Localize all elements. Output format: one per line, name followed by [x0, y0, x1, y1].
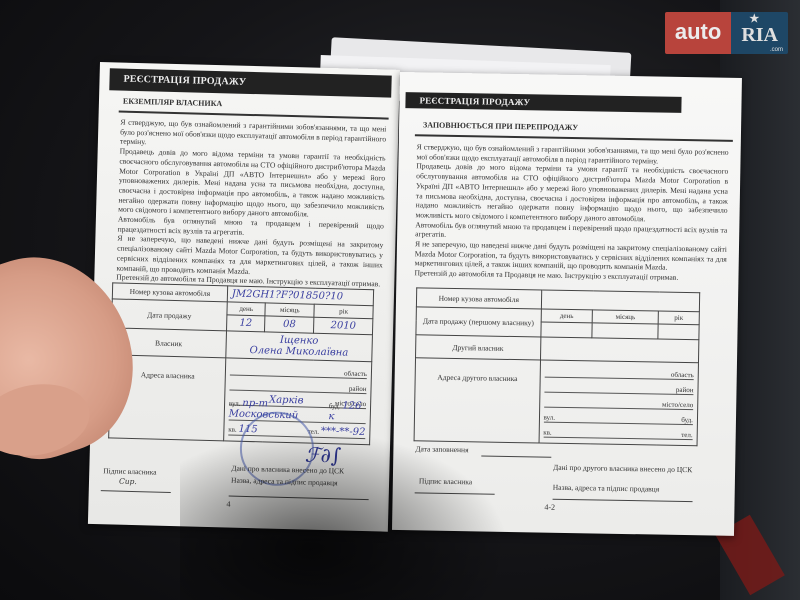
vin-value: JM2GH1?F?01850?10 [232, 289, 343, 303]
paragraph: Продавець довів до мого відома терміни т… [118, 147, 386, 222]
seller-signature-line [553, 499, 693, 502]
autoria-watermark-logo: auto ★ RIA .com [665, 12, 788, 54]
day-label: день [541, 309, 593, 323]
city-line: місто/село [544, 396, 694, 411]
entered-to-csk-label: Дані про другого власника внесено до ЦСК [553, 463, 703, 475]
month-label: місяць [265, 303, 314, 317]
year-label: рік [658, 311, 699, 325]
owner-form-table: Номер кузова автомобіля JM2GH1?F?01850?1… [108, 282, 374, 445]
seller-label: Назва, адреса та підпис продавця [553, 483, 713, 495]
page-header: РЕЄСТРАЦІЯ ПРОДАЖУ [405, 92, 681, 113]
owner-signature-label: Підпис власника [103, 466, 156, 476]
shadow-overlay [180, 430, 510, 600]
divider [415, 134, 733, 142]
owner-signature-line [101, 490, 171, 493]
page-number: 4-2 [544, 503, 555, 512]
day-value: 12 [239, 318, 252, 329]
declaration-text: Я стверджую, що був ознайомлений з гаран… [414, 142, 728, 283]
owner-name: Олена Миколаївна [230, 345, 367, 360]
page-subheader: ЗАПОВНЮЄТЬСЯ ПРИ ПЕРЕПРОДАЖУ [423, 120, 578, 132]
region-line: область [544, 366, 694, 381]
logo-ria-text: RIA [741, 24, 778, 46]
page-subheader: ЕКЗЕМПЛЯР ВЛАСНИКА [123, 97, 222, 109]
year-value: 2010 [330, 320, 356, 332]
resale-form-table: Номер кузова автомобіля Дата продажу (пе… [414, 287, 701, 446]
logo-domain-suffix: .com [770, 46, 783, 54]
page-header: РЕЄСТРАЦІЯ ПРОДАЖУ [109, 68, 391, 97]
apartment-line: кв.тел. [543, 426, 693, 441]
owner-signature-value: Сир. [119, 477, 137, 486]
second-owner-label: Другий власник [416, 335, 541, 360]
month-label: місяць [593, 310, 659, 324]
logo-ria-block: ★ RIA .com [731, 12, 788, 54]
street-line: вул.буд. [543, 411, 693, 426]
sale-date-label: Дата продажу [112, 299, 228, 331]
month-value: 08 [283, 319, 296, 330]
district-line: район [544, 381, 694, 396]
declaration-text: Я стверджую, що був ознайомлений з гаран… [116, 118, 386, 290]
paragraph: Продавець довів до мого відома терміни т… [415, 162, 728, 226]
logo-auto-text: auto [665, 12, 731, 54]
district-line: район [229, 379, 366, 395]
day-label: день [227, 302, 266, 316]
sale-date-label: Дата продажу (першому власнику) [416, 307, 541, 337]
vin-label: Номер кузова автомобіля [416, 288, 541, 309]
region-line: область [230, 364, 367, 380]
star-icon: ★ [749, 12, 759, 26]
